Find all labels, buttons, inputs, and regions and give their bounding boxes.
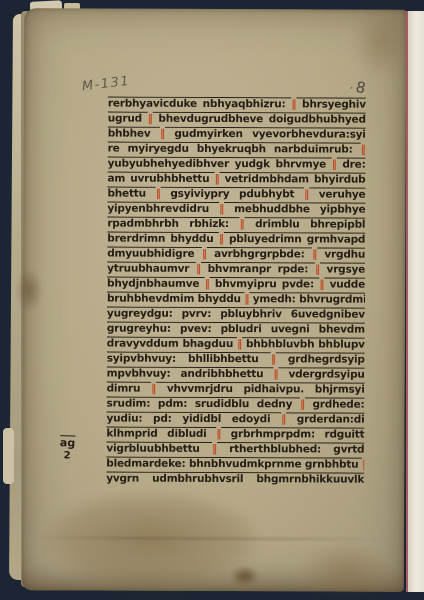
text-line: brerdrimn bhyddu ‖ pbluyedrimn grmhvapd xyxy=(107,232,365,248)
text-segment: vhvvmrjdru pidhaivpu. bhjrmsyi xyxy=(156,383,365,396)
text-segment: veruhye xyxy=(309,188,365,200)
text-segment: vudde xyxy=(324,278,365,290)
text-line: dmyuubhidigre ‖ avrbhgrgrpbde: ‖ vrgdhu xyxy=(107,247,365,263)
folio-tick-mark: ' xyxy=(345,86,353,95)
text-segment: bhrsyeghiv xyxy=(296,98,366,110)
text-line: rpadmbhrbh rbhizk: ‖ drimblu bhrepipbl xyxy=(107,217,365,233)
text-segment: bhydjnbhaumve xyxy=(107,278,205,290)
text-segment: drimblu bhrepipbl xyxy=(245,218,366,231)
rubric-mark: ‖ xyxy=(362,459,364,471)
text-segment: bhettu xyxy=(107,188,155,200)
text-line: srudim: pdm: srudidblu dedny ‖ grdhede: xyxy=(107,397,365,413)
text-segment: re myiryegdu bhyekruqbh narbduimrub: xyxy=(108,143,361,156)
manuscript-page: M-131 ' 8 rerbhyavicduke nbhyaqbhizru: ‖… xyxy=(22,8,407,592)
text-segment: syipvbhvuy: bhllibhbettu xyxy=(107,353,271,366)
text-segment: dmyuubhidigre xyxy=(107,248,202,260)
text-segment: bhbhev xyxy=(108,128,160,140)
pencil-shelfmark: M-131 xyxy=(81,74,131,95)
text-segment: vrgsye xyxy=(320,263,365,275)
text-line: rerbhyavicduke nbhyaqbhizru: ‖ bhrsyeghi… xyxy=(108,97,366,113)
text-segment: klhmprid dibludi xyxy=(106,428,216,440)
text-segment: brerdrimn bhyddu xyxy=(107,233,219,245)
text-segment: rtherthblubhed: gvrtd xyxy=(217,443,364,456)
text-segment: yubyubhehyedibhver yudgk bhrvmye xyxy=(108,158,332,171)
text-segment: yvgrn udmbhrubhvsril bhgmrnbhikkuuvlk xyxy=(106,473,364,486)
text-line: ytruubhaumvr ‖ bhvmranpr rpde: ‖ vrgsye xyxy=(107,262,365,278)
text-line: yubyubhehyedibhver yudgk bhrvmye ‖ dre: xyxy=(108,157,366,173)
text-segment: pbluyedrimn grmhvapd xyxy=(224,233,366,246)
text-segment: grdhede: xyxy=(305,398,365,410)
paper-chip xyxy=(3,428,14,484)
text-segment: bruhbhevdmim bhyddu xyxy=(107,293,244,306)
text-segment: dimru xyxy=(107,383,151,395)
text-line: ugrud ‖ bhevdugrudbheve doigudbhubhyed xyxy=(108,112,366,128)
text-segment: yugreydgu: pvrv: pbluybhriv 6uvedgnibev xyxy=(107,308,365,321)
text-segment: mpvbhvuy: andribhbhettu xyxy=(107,368,274,381)
margin-quire-mark: ag 2 xyxy=(50,436,85,462)
text-segment: vdergrdsyipu xyxy=(278,368,364,380)
text-line: bledmardeke: bhnbhvudmkprnme grnbhbtu ‖ xyxy=(106,457,364,473)
text-segment: vrgdhu xyxy=(317,248,365,260)
text-line: yudiu: pd: yididbl edoydi ‖ grderdan:di xyxy=(106,412,364,428)
text-segment: gsyiviypry pdubhybt xyxy=(161,188,304,201)
text-segment: rpadmbhrbh rbhizk: xyxy=(107,218,239,231)
text-segment: bhbhbluvbh bhblupv xyxy=(242,338,365,351)
text-segment: vigrbluubhbettu xyxy=(106,443,212,455)
text-segment: ymedh: bhvrugrdmi xyxy=(249,293,365,306)
stain-dark-spot xyxy=(230,565,260,587)
text-line: dravyvddum bhagduu ‖ bhbhbluvbh bhblupv xyxy=(107,337,365,353)
text-line: yugreydgu: pvrv: pbluybhriv 6uvedgnibev xyxy=(107,307,365,323)
text-segment: bhevdugrudbheve doigudbhubhyed xyxy=(153,113,366,126)
text-segment: grderdan:di xyxy=(286,413,364,425)
text-segment: gudmyirken vyevorbhevdura:syi xyxy=(165,128,366,141)
stain-top-right xyxy=(352,4,412,80)
text-line: syipvbhvuy: bhllibhbettu ‖ grdhegrdsyip xyxy=(107,352,365,368)
text-segment: ytruubhaumvr xyxy=(107,263,196,275)
text-line: vigrbluubhbettu ‖ rtherthblubhed: gvrtd xyxy=(106,442,364,458)
text-segment: mebhuddbhe yipbhye xyxy=(224,203,365,216)
text-segment: dravyvddum bhagduu xyxy=(107,338,237,351)
text-segment: grugreyhu: pvev: pbludri uvegni bhevdm xyxy=(107,323,365,336)
rubric-mark: ‖ xyxy=(361,144,366,156)
text-block: rerbhyavicduke nbhyaqbhizru: ‖ bhrsyeghi… xyxy=(106,97,366,488)
text-segment: vetridmbhdam bhyirdub xyxy=(220,173,366,186)
text-line: bhbhev ‖ gudmyirken vyevorbhevdura:syi xyxy=(108,127,366,143)
text-line: yvgrn udmbhrubhvsril bhgmrnbhikkuuvlk xyxy=(106,472,364,488)
text-segment: rerbhyavicduke nbhyaqbhizru: xyxy=(108,98,291,111)
text-segment: bhvmranpr rpde: xyxy=(201,263,315,275)
margin-quire-number: 2 xyxy=(50,450,84,462)
backdrop: { "page": { "shelfmark_pencil": "M-131",… xyxy=(0,0,424,600)
text-line: bhydjnbhaumve ‖ bhvmyipru pvde: ‖ vudde xyxy=(107,277,365,293)
text-segment: bledmardeke: bhnbhvudmkprnme grnbhbtu xyxy=(106,458,362,471)
folio-number: 8 xyxy=(354,78,367,98)
text-segment: bhvmyipru pvde: xyxy=(210,278,320,290)
stain-bottom-right xyxy=(298,542,396,596)
text-segment: ugrud xyxy=(108,113,148,125)
text-line: mpvbhvuy: andribhbhettu ‖ vdergrdsyipu xyxy=(107,367,365,383)
text-segment: grbrhmprpdm: rdguitt xyxy=(221,428,364,441)
text-line: dimru ‖ vhvvmrjdru pidhaivpu. bhjrmsyi xyxy=(107,382,365,398)
fore-edge-strip xyxy=(406,11,424,592)
text-segment: srudim: pdm: srudidblu dedny xyxy=(107,398,300,411)
paper-crease xyxy=(28,536,388,541)
text-segment: yudiu: pd: yididbl edoydi xyxy=(106,413,281,426)
text-line: klhmprid dibludi ‖ grbrhmprpdm: rdguitt xyxy=(106,427,364,443)
text-segment: dre: xyxy=(337,159,366,171)
text-line: yipyenbhrevdidru ‖ mebhuddbhe yipbhye xyxy=(107,202,365,218)
text-segment: avrbhgrgrpbde: xyxy=(207,248,312,260)
text-line: re myiryegdu bhyekruqbh narbduimrub: ‖ xyxy=(108,142,366,158)
text-line: am uvrubhbhettu ‖ vetridmbhdam bhyirdub xyxy=(107,172,365,188)
text-line: bruhbhevdmim bhyddu ‖ ymedh: bhvrugrdmi xyxy=(107,292,365,308)
text-segment: yipyenbhrevdidru xyxy=(107,203,219,215)
text-segment: grdhegrdsyip xyxy=(276,353,365,365)
margin-quire-syllables: ag xyxy=(50,436,84,450)
text-segment: am uvrubhbhettu xyxy=(108,173,215,185)
text-line: grugreyhu: pvev: pbludri uvegni bhevdm xyxy=(107,322,365,338)
text-line: bhettu ‖ gsyiviypry pdubhybt ‖ veruhye xyxy=(107,187,365,203)
